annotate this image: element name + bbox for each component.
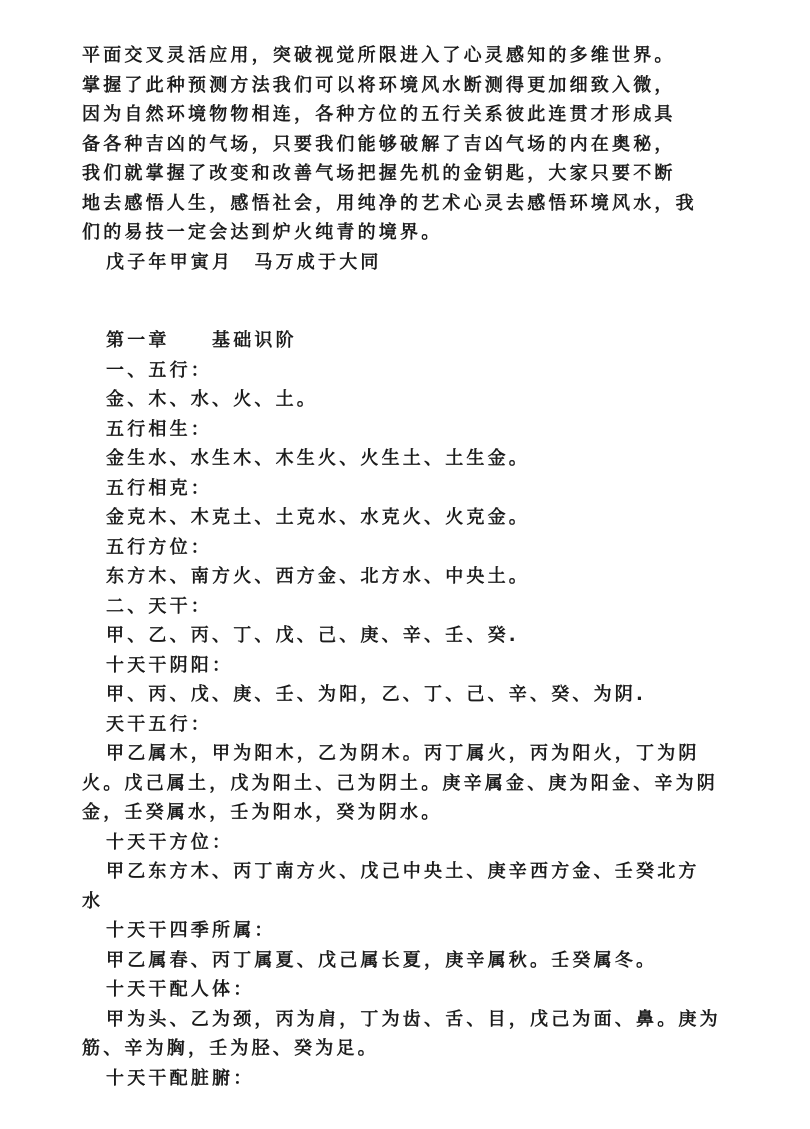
text-line: 甲、乙、丙、丁、戊、己、庚、辛、壬、癸.	[82, 621, 742, 651]
text-line: 们的易技一定会达到炉火纯青的境界。	[82, 218, 742, 248]
section-label: 十天干配脏腑：	[82, 1064, 742, 1094]
text-line: 水	[82, 887, 742, 917]
section-label: 十天干配人体：	[82, 975, 742, 1005]
section-label: 五行相生：	[82, 415, 742, 445]
section-label: 五行相克：	[82, 474, 742, 504]
text-line: 平面交叉灵活应用，突破视觉所限进入了心灵感知的多维世界。	[82, 41, 742, 71]
section-gap	[82, 277, 742, 326]
text-line: 金克木、木克土、土克水、水克火、火克金。	[82, 503, 742, 533]
text-line: 东方木、南方火、西方金、北方水、中央土。	[82, 562, 742, 592]
text-line: 金生水、水生木、木生火、火生土、土生金。	[82, 444, 742, 474]
text-line: 甲乙东方木、丙丁南方火、戊己中央土、庚辛西方金、壬癸北方	[82, 857, 742, 887]
section-label: 十天干方位：	[82, 828, 742, 858]
document-page: 平面交叉灵活应用，突破视觉所限进入了心灵感知的多维世界。掌握了此种预测方法我们可…	[0, 0, 810, 1129]
text-line: 甲、丙、戊、庚、壬、为阳，乙、丁、己、辛、癸、为阴.	[82, 680, 742, 710]
text-line: 火。戊己属土，戊为阳土、己为阴土。庚辛属金、庚为阳金、辛为阴	[82, 769, 742, 799]
text-line: 甲乙属春、丙丁属夏、戊己属长夏，庚辛属秋。壬癸属冬。	[82, 946, 742, 976]
text-line: 备各种吉凶的气场，只要我们能够破解了吉凶气场的内在奥秘，	[82, 130, 742, 160]
section-label: 天干五行：	[82, 710, 742, 740]
section-label: 一、五行：	[82, 356, 742, 386]
date-signature-line: 戊子年甲寅月 马万成于大同	[82, 248, 742, 278]
section-label: 十天干阴阳：	[82, 651, 742, 681]
text-block: 平面交叉灵活应用，突破视觉所限进入了心灵感知的多维世界。掌握了此种预测方法我们可…	[82, 41, 742, 1093]
section-label: 五行方位：	[82, 533, 742, 563]
text-line: 甲乙属木，甲为阳木，乙为阴木。丙丁属火，丙为阳火，丁为阴	[82, 739, 742, 769]
section-label: 二、天干：	[82, 592, 742, 622]
text-line: 我们就掌握了改变和改善气场把握先机的金钥匙，大家只要不断	[82, 159, 742, 189]
text-line: 筋、辛为胸，壬为胫、癸为足。	[82, 1034, 742, 1064]
section-label: 十天干四季所属：	[82, 916, 742, 946]
text-line: 金，壬癸属水，壬为阳水，癸为阴水。	[82, 798, 742, 828]
text-line: 地去感悟人生，感悟社会，用纯净的艺术心灵去感悟环境风水，我	[82, 189, 742, 219]
text-line: 掌握了此种预测方法我们可以将环境风水断测得更加细致入微，	[82, 71, 742, 101]
text-line: 因为自然环境物物相连，各种方位的五行关系彼此连贯才形成具	[82, 100, 742, 130]
text-line: 甲为头、乙为颈，丙为肩，丁为齿、舌、目，戊己为面、鼻。庚为	[82, 1005, 742, 1035]
text-line: 金、木、水、火、土。	[82, 385, 742, 415]
chapter-heading: 第一章 基础识阶	[82, 326, 742, 356]
